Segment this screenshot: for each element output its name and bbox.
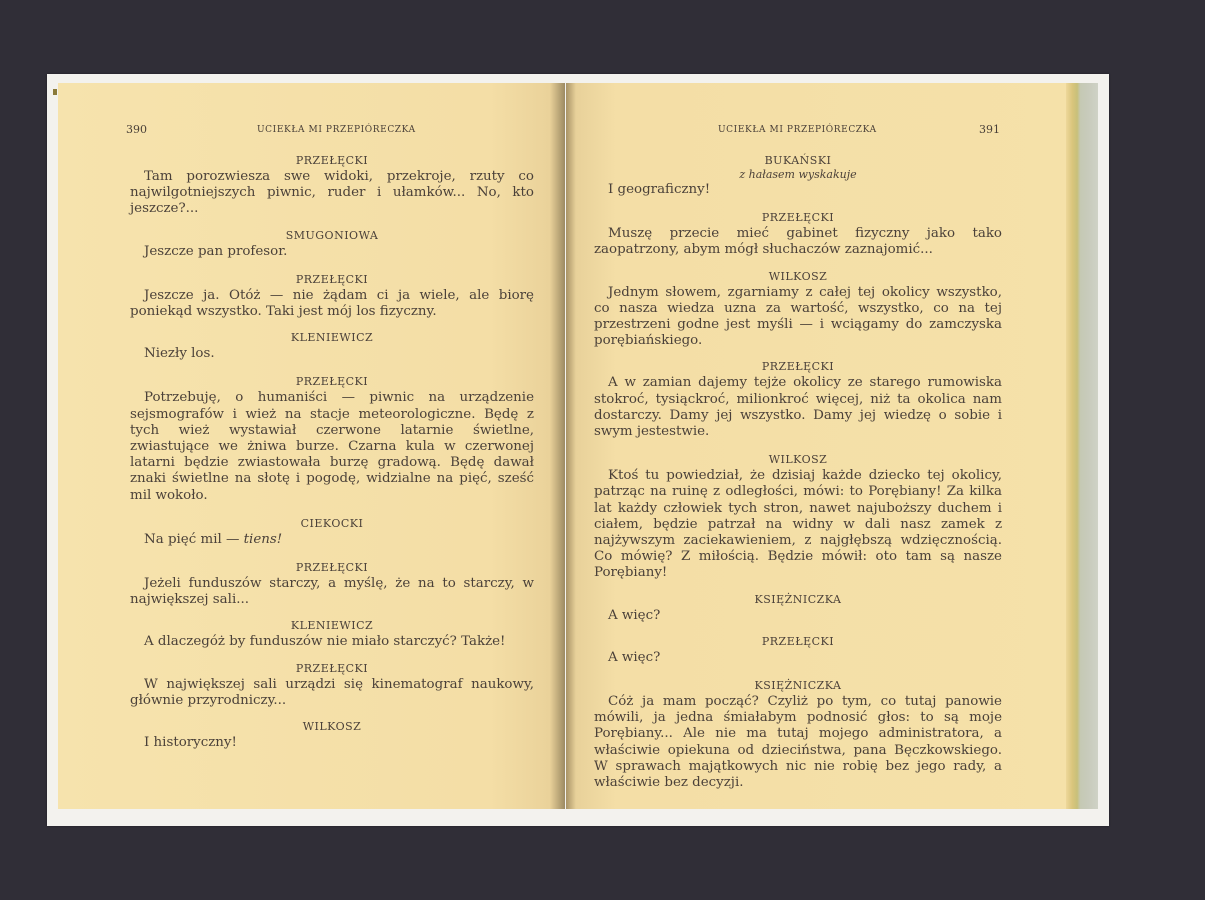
speech-text: Muszę przecie mieć gabinet fizyczny jako…	[594, 226, 1002, 258]
speech-text: Cóż ja mam począć? Czyliż po tym, co tut…	[594, 694, 1002, 791]
speech-text: Na pięć mil — tiens!	[130, 532, 534, 548]
speech-text-italic: tiens!	[244, 532, 282, 547]
speech-text: Niezły los.	[130, 346, 534, 362]
speaker-name: PRZEŁĘCKI	[594, 635, 1002, 649]
speaker-name: KSIĘŻNICZKA	[594, 679, 1002, 693]
speech-text: I geograficzny!	[594, 182, 1002, 198]
speaker-name: PRZEŁĘCKI	[130, 273, 534, 287]
stage-direction: z hałasem wyskakuje	[594, 168, 1002, 181]
speech-text: A w zamian dajemy tejże okolicy ze stare…	[594, 375, 1002, 440]
speaker-name: PRZEŁĘCKI	[130, 662, 534, 676]
speaker-name: KLENIEWICZ	[130, 619, 534, 633]
speaker-name: KSIĘŻNICZKA	[594, 593, 1002, 607]
page-number: 391	[979, 123, 1000, 136]
open-book: 390 UCIEKŁA MI PRZEPIÓRECZKA PRZEŁĘCKI T…	[58, 83, 1098, 809]
speaker-name: WILKOSZ	[594, 270, 1002, 284]
speaker-name: PRZEŁĘCKI	[594, 211, 1002, 225]
right-page: UCIEKŁA MI PRZEPIÓRECZKA 391 BUKAŃSKI z …	[566, 83, 1066, 809]
speech-text: Potrzebuję, o humaniści — piwnic na urzą…	[130, 390, 534, 503]
speech-text: A dlaczegóż by funduszów nie miało starc…	[130, 634, 534, 650]
speech-text: I historyczny!	[130, 735, 534, 751]
speaker-name: PRZEŁĘCKI	[130, 561, 534, 575]
speaker-name: CIEKOCKI	[130, 517, 534, 531]
speech-text: Jeszcze ja. Otóż — nie żądam ci ja wiele…	[130, 288, 534, 320]
speech-text: A więc?	[594, 650, 1002, 666]
page-edges	[1066, 83, 1098, 809]
speaker-name: PRZEŁĘCKI	[130, 375, 534, 389]
speaker-name: KLENIEWICZ	[130, 331, 534, 345]
speaker-name: BUKAŃSKI	[594, 154, 1002, 168]
running-title: UCIEKŁA MI PRZEPIÓRECZKA	[257, 125, 416, 135]
speech-text: Jeżeli funduszów starczy, a myślę, że na…	[130, 576, 534, 608]
speech-text: Tam porozwiesza swe widoki, przekroje, r…	[130, 169, 534, 218]
speech-text-roman: Na pięć mil —	[144, 532, 244, 547]
right-page-text: BUKAŃSKI z hałasem wyskakuje I geografic…	[594, 154, 1002, 791]
speech-text: Jednym słowem, zgarniamy z całej tej oko…	[594, 285, 1002, 350]
speaker-name: WILKOSZ	[594, 453, 1002, 467]
left-page-text: PRZEŁĘCKI Tam porozwiesza swe widoki, pr…	[130, 154, 534, 751]
speaker-name: PRZEŁĘCKI	[130, 154, 534, 168]
speech-text: Ktoś tu powiedział, że dzisiaj każde dzi…	[594, 468, 1002, 581]
left-page: 390 UCIEKŁA MI PRZEPIÓRECZKA PRZEŁĘCKI T…	[58, 83, 565, 809]
speech-text: Jeszcze pan profesor.	[130, 244, 534, 260]
scan-corner-mark	[53, 89, 57, 95]
speaker-name: WILKOSZ	[130, 720, 534, 734]
speaker-name: PRZEŁĘCKI	[594, 360, 1002, 374]
speech-text: A więc?	[594, 608, 1002, 624]
page-number: 390	[126, 123, 147, 136]
running-title: UCIEKŁA MI PRZEPIÓRECZKA	[718, 125, 877, 135]
speaker-name: SMUGONIOWA	[130, 229, 534, 243]
speech-text: W największej sali urządzi się kinematog…	[130, 677, 534, 709]
